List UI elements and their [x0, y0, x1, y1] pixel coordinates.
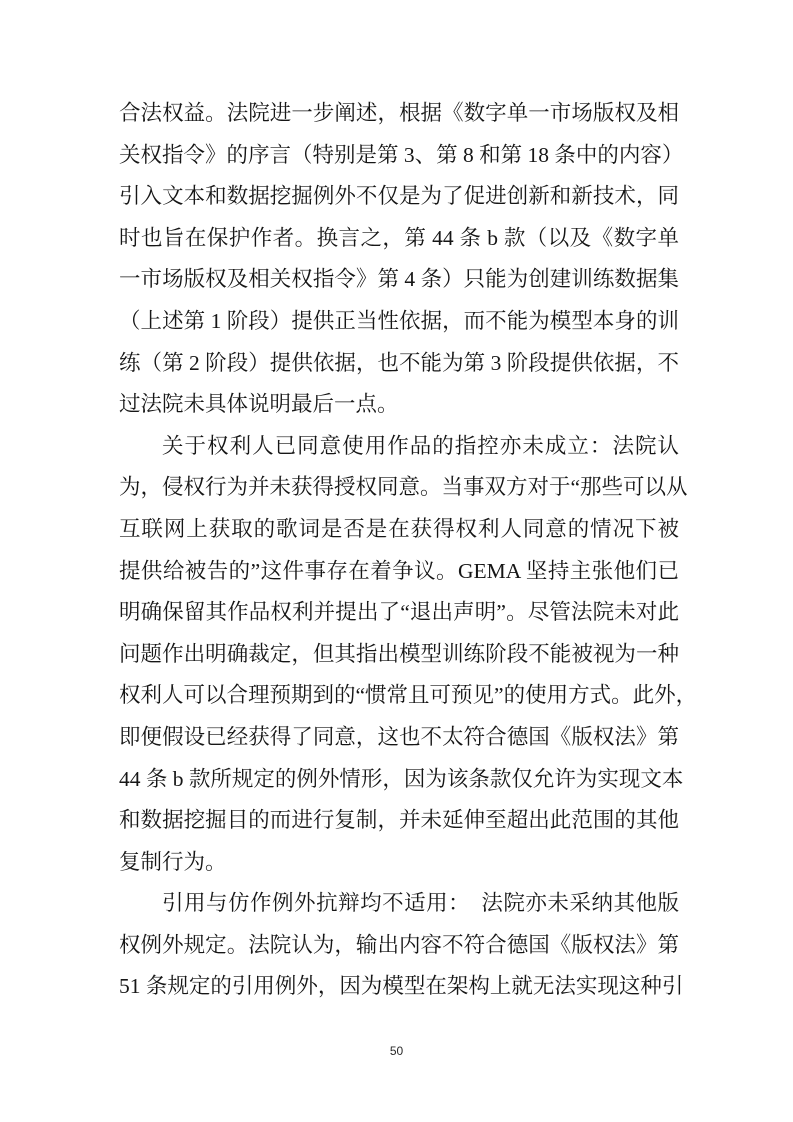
body-line: 练（第 2 阶段）提供依据，也不能为第 3 阶段提供依据，不 — [119, 343, 679, 385]
body-line: 关于权利人已同意使用作品的指控亦未成立：法院认 — [119, 426, 679, 468]
paragraph-2: 关于权利人已同意使用作品的指控亦未成立：法院认 为，侵权行为并未获得授权同意。当… — [119, 426, 679, 884]
body-line: 关权指令》的序言（特别是第 3、第 8 和第 18 条中的内容） — [119, 135, 679, 177]
body-line: 即便假设已经获得了同意，这也不太符合德国《版权法》第 — [119, 717, 679, 759]
body-line: 互联网上获取的歌词是否是在获得权利人同意的情况下被 — [119, 509, 679, 551]
body-line: 明确保留其作品权利并提出了“退出声明”。尽管法院未对此 — [119, 592, 679, 634]
paragraph-1: 合法权益。法院进一步阐述，根据《数字单一市场版权及相 关权指令》的序言（特别是第… — [119, 93, 679, 426]
body-line: 一市场版权及相关权指令》第 4 条）只能为创建训练数据集 — [119, 259, 679, 301]
paragraph-3: 引用与仿作例外抗辩均不适用： 法院亦未采纳其他版 权例外规定。法院认为，输出内容… — [119, 883, 679, 1008]
page-number: 50 — [0, 1044, 793, 1058]
body-line: 合法权益。法院进一步阐述，根据《数字单一市场版权及相 — [119, 93, 679, 135]
body-line: 引用与仿作例外抗辩均不适用： 法院亦未采纳其他版 — [119, 883, 679, 925]
body-line: 为，侵权行为并未获得授权同意。当事双方对于“那些可以从 — [119, 467, 679, 509]
body-line: 复制行为。 — [119, 842, 679, 884]
document-page: 合法权益。法院进一步阐述，根据《数字单一市场版权及相 关权指令》的序言（特别是第… — [0, 0, 793, 1122]
body-line: 问题作出明确裁定，但其指出模型训练阶段不能被视为一种 — [119, 634, 679, 676]
body-line: 过法院未具体说明最后一点。 — [119, 384, 679, 426]
body-line: 51 条规定的引用例外，因为模型在架构上就无法实现这种引 — [119, 966, 679, 1008]
body-line: 和数据挖掘目的而进行复制，并未延伸至超出此范围的其他 — [119, 800, 679, 842]
body-line: （上述第 1 阶段）提供正当性依据，而不能为模型本身的训 — [119, 301, 679, 343]
body-line: 提供给被告的”这件事存在着争议。GEMA 坚持主张他们已 — [119, 551, 679, 593]
body-line: 权利人可以合理预期到的“惯常且可预见”的使用方式。此外， — [119, 675, 679, 717]
body-line: 引入文本和数据挖掘例外不仅是为了促进创新和新技术，同 — [119, 176, 679, 218]
body-line: 44 条 b 款所规定的例外情形，因为该条款仅允许为实现文本 — [119, 759, 679, 801]
body-line: 权例外规定。法院认为，输出内容不符合德国《版权法》第 — [119, 925, 679, 967]
body-text: 合法权益。法院进一步阐述，根据《数字单一市场版权及相 关权指令》的序言（特别是第… — [119, 93, 679, 1008]
body-line: 时也旨在保护作者。换言之，第 44 条 b 款（以及《数字单 — [119, 218, 679, 260]
